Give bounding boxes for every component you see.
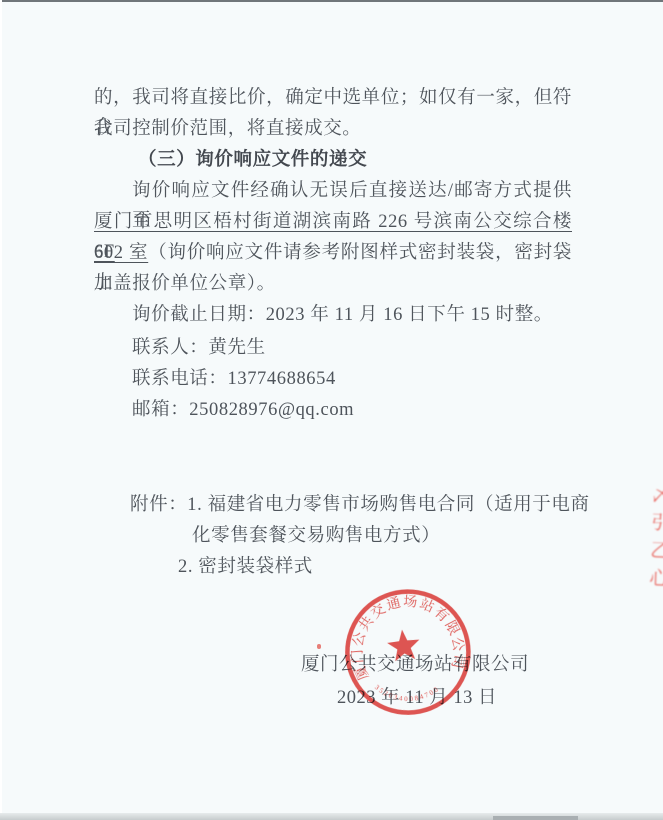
- official-seal: 厦门公共交通场站有限公司 3520340084700: [336, 578, 481, 727]
- section-heading: （三）询价响应文件的递交: [94, 145, 572, 175]
- attachment-line-1-cont: 化零售套餐交易购售电方式）: [94, 521, 572, 551]
- body-line: 我司控制价范围，将直接成交。: [94, 114, 572, 144]
- scan-top-edge: [0, 0, 663, 2]
- seal-code: 3520340084700: [372, 677, 442, 707]
- body-line: 602 室（询价响应文件请参考附图样式密封装袋，密封袋上: [94, 238, 572, 268]
- seal-code-holder: 3520340084700: [372, 677, 442, 707]
- seal-star-icon: [386, 628, 421, 662]
- attachment-line-1: 附件：1. 福建省电力零售市场购售电合同（适用于电商: [94, 490, 572, 520]
- address-line-underlined: 厦门市思明区梧村街道湖滨南路 226 号滨南公交综合楼 6F: [94, 207, 572, 237]
- scanned-document-page: { "document": { "body": { "para1_line1":…: [0, 0, 663, 820]
- handwritten-margin-scribble: 乄引乙心: [642, 484, 663, 635]
- contact-email-line: 邮箱：250828976@qq.com: [94, 395, 572, 425]
- scan-left-edge: [0, 0, 2, 820]
- seal-arc-text: 厦门公共交通场站有限公司: [344, 587, 468, 683]
- seal-arc-text-holder: 厦门公共交通场站有限公司: [344, 587, 468, 683]
- scan-bottom-shadow: [493, 816, 578, 820]
- contact-phone-line: 联系电话：13774688654: [94, 364, 572, 394]
- body-line: 询价响应文件经确认无误后直接送达/邮寄方式提供至: [94, 176, 572, 206]
- attachment-line-2: 2. 密封装袋样式: [94, 552, 572, 582]
- red-ink-speck: [317, 644, 321, 649]
- address-room-underlined: 602 室: [94, 243, 148, 263]
- body-line: 加盖报价单位公章）。: [94, 269, 572, 299]
- contact-person-line: 联系人：黄先生: [94, 333, 572, 363]
- deadline-line: 询价截止日期：2023 年 11 月 16 日下午 15 时整。: [94, 300, 572, 330]
- body-line: 的，我司将直接比价，确定中选单位；如仅有一家，但符合: [94, 83, 572, 113]
